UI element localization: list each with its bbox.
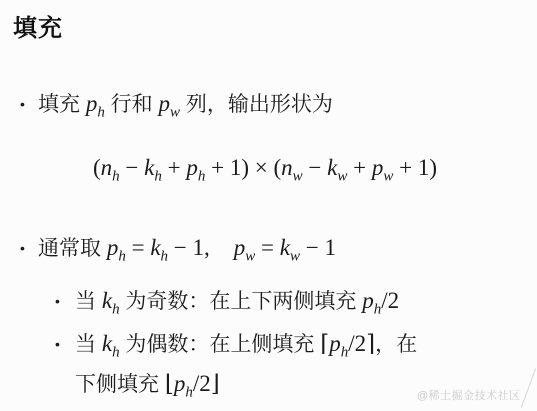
page-title: 填充 <box>13 8 63 43</box>
bullet1-text-post: 列，输出形状为 <box>180 93 333 116</box>
math-ph-over-2: ph/2 <box>362 288 399 313</box>
sub2-text-post: ，在 <box>375 333 417 356</box>
bullet-dot: • <box>55 329 75 359</box>
bullet-item-padding-rows-cols: •填充 ph 行和 pw 列，输出形状为 <box>20 89 333 120</box>
sub2-text-mid: 为偶数：在上侧填充 <box>120 333 321 356</box>
math-ph: ph <box>86 91 105 116</box>
math-kh: kh <box>102 331 120 356</box>
math-ph-eq-kh-minus-1: ph = kh − 1, <box>107 235 210 260</box>
sub2-text-pre: 当 <box>75 333 102 356</box>
math-output-shape: (nh − kh + ph + 1) × (nw − kw + pw + 1) <box>93 155 437 180</box>
bullet1-text-mid: 行和 <box>105 93 159 116</box>
bullet-item-usual-choice: •通常取 ph = kh − 1,pw = kw − 1 <box>20 233 336 264</box>
math-pw-eq-kw-minus-1: pw = kw − 1 <box>234 235 336 260</box>
watermark: @稀土掘金技术社区 <box>417 387 521 403</box>
math-kh: kh <box>102 288 120 313</box>
sub1-text-mid: 为奇数：在上下两侧填充 <box>120 290 363 313</box>
sub-bullet-even-kernel: •当 kh 为偶数：在上侧填充 ⌈ph/2⌉，在 <box>55 329 417 360</box>
math-ceil-ph-over-2: ⌈ph/2⌉ <box>320 331 375 356</box>
sub2cont-text-pre: 下侧填充 <box>75 373 165 396</box>
watermark-slash-line <box>521 368 536 407</box>
bullet1-text-pre: 填充 <box>38 93 86 116</box>
sub-bullet-even-kernel-cont: 下侧填充 ⌊ph/2⌋ <box>75 369 220 400</box>
bullet-dot: • <box>20 233 38 263</box>
sub1-text-pre: 当 <box>75 290 102 313</box>
output-shape-formula: (nh − kh + ph + 1) × (nw − kw + pw + 1) <box>93 153 437 184</box>
math-floor-ph-over-2: ⌊ph/2⌋ <box>165 371 220 396</box>
bullet-dot: • <box>20 89 38 119</box>
sub-bullet-odd-kernel: •当 kh 为奇数：在上下两侧填充 ph/2 <box>55 286 399 317</box>
bullet-dot: • <box>55 286 75 316</box>
bullet2-text-pre: 通常取 <box>38 237 107 260</box>
math-pw: pw <box>159 91 181 116</box>
